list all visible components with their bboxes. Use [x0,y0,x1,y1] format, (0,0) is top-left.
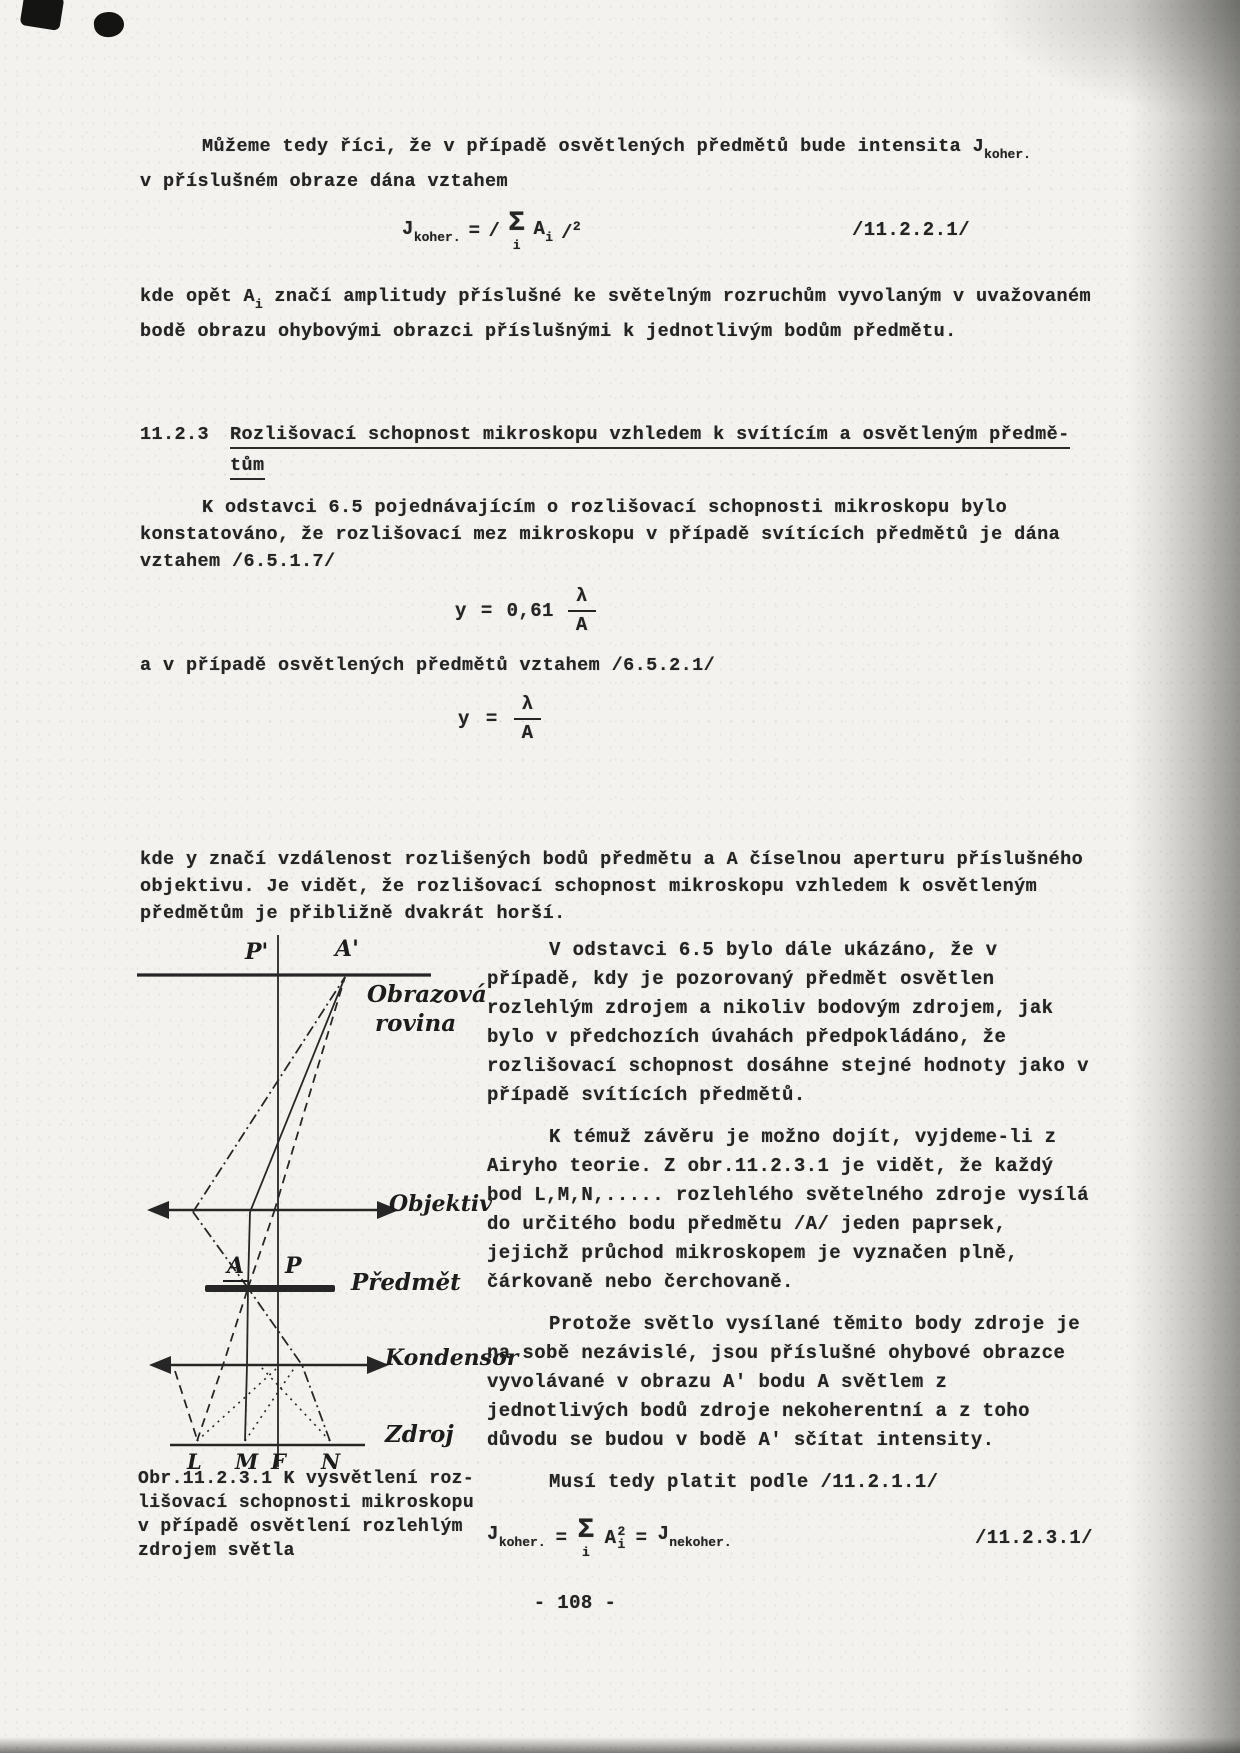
equation-4-tag: /11.2.3.1/ [975,1524,1093,1553]
right-paragraph-3: Protože světlo vysílané těmito body zdro… [487,1310,1093,1455]
scan-shadow-bottom [0,1737,1240,1753]
equals-sign: = [486,708,498,730]
fraction-lambda-over-a: λ A [514,694,542,745]
eq3-lhs: y [458,708,470,730]
figure-caption: Obr.11.2.3.1 K vysvětlení roz- lišovací … [138,1467,498,1563]
equation-6-5-2-1: y = λ A [458,694,541,745]
paragraph-1-text: Můžeme tedy říci, že v případě osvětlený… [202,136,984,157]
section-heading-line-2: tům [230,455,265,476]
scanned-document-page: Můžeme tedy říci, že v případě osvětlený… [0,0,1240,1753]
figure-label-source: Zdroj [385,1421,454,1448]
equation-6-5-1-7: y = 0,61 λ A [455,586,596,637]
equation-11-2-3-1: Jkoher. = Σi A 2i = Jnekoher. /11.2.3.1/ [487,1517,1093,1559]
caption-line: zdrojem světla [138,1539,498,1563]
text-line: Můžeme tedy říci, že v případě osvětlený… [140,133,1092,168]
section-heading-line-1: Rozlišovací schopnost mikroskopu vzhlede… [230,424,1070,445]
paragraph-1: Můžeme tedy říci, že v případě osvětlený… [140,133,1092,195]
j-koher-subscript: koher. [984,147,1031,162]
heading-text-2: tům [230,455,265,480]
summation-symbol: Σi [577,1517,594,1559]
paragraph-2: kde opět Ai značí amplitudy příslušné ke… [140,283,1092,345]
figure-label-p-prime: P' [245,939,268,965]
figure-label-image-plane-2: rovina [375,1010,456,1037]
figure-label-point-a: A [223,1253,248,1282]
eq2-coefficient: 0,61 [507,600,554,622]
equals-sign: = [481,600,493,622]
caption-line: Obr.11.2.3.1 K vysvětlení roz- [138,1467,498,1491]
figure-label-image-plane-1: Obrazová [367,981,487,1008]
heading-text-1: Rozlišovací schopnost mikroskopu vzhlede… [230,424,1070,449]
right-column: V odstavci 6.5 bylo dále ukázáno, že v p… [487,936,1093,1559]
paragraph-2-text-b: značí amplitudy příslušné ke světelným r… [140,286,1091,342]
equals-sign: = [469,220,481,242]
equals-sign: = [556,1524,568,1553]
caption-line: lišovací schopnosti mikroskopu [138,1491,498,1515]
paragraph-4: a v případě osvětlených předmětů vztahem… [140,652,1092,679]
summation-symbol: Σi [508,210,525,252]
paragraph-5: kde y značí vzdálenost rozlišených bodů … [140,846,1092,927]
eq2-lhs: y [455,600,467,622]
section-number: 11.2.3 [140,424,209,445]
abs-bar-close: /2 [561,219,581,244]
figure-label-a-prime: A' [335,936,359,962]
fraction-lambda-over-a: λ A [568,586,596,637]
eq1-term: Ai [533,218,553,245]
eq1-lhs: Jkoher. [402,218,461,245]
eq4-lhs: Jkoher. [487,1520,546,1557]
right-paragraph-2: K témuž závěru je možno dojít, vyjdeme-l… [487,1123,1093,1297]
eq4-rhs: Jnekoher. [657,1520,731,1557]
equation-11-2-2-1: Jkoher. = / Σi Ai /2 [402,210,581,252]
text-line: v příslušném obraze dána vztahem [140,168,1092,195]
a-i-subscript: i [255,297,263,312]
scan-corner-blot-1 [20,0,65,31]
scan-shadow-top-right [980,0,1240,120]
paragraph-3: K odstavci 6.5 pojednávajícím o rozlišov… [140,494,1092,575]
scan-shadow-right [1128,0,1240,1753]
equation-1-tag: /11.2.2.1/ [852,219,970,241]
figure-label-objective: Objektiv [389,1191,492,1217]
equals-sign: = [636,1524,648,1553]
figure-label-object: Předmět [351,1269,461,1296]
abs-bar-open: / [488,220,500,242]
figure-obr-11-2-3-1: P' A' Obrazová rovina Objektiv A P Předm… [135,925,480,1470]
right-paragraph-1: V odstavci 6.5 bylo dále ukázáno, že v p… [487,936,1093,1110]
page-number: - 108 - [400,1592,750,1614]
caption-line: v případě osvětlení rozlehlým [138,1515,498,1539]
right-paragraph-4: Musí tedy platit podle /11.2.1.1/ [487,1468,1093,1497]
scan-corner-blot-2 [93,10,126,38]
paragraph-2-text-a: kde opět A [140,286,255,307]
figure-label-point-p: P [285,1253,302,1279]
eq4-term: A 2i [605,1524,626,1553]
